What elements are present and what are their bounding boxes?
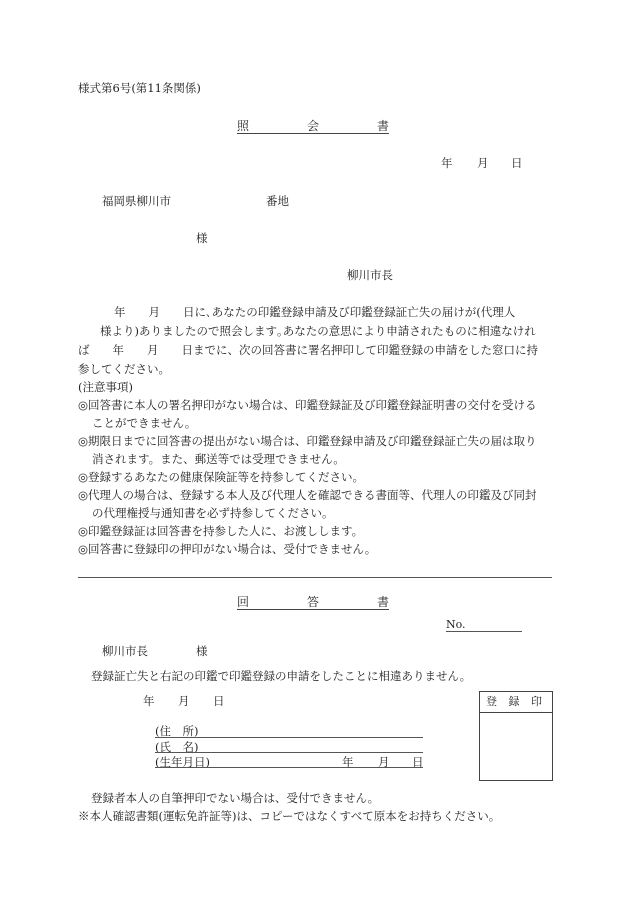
sender-mayor: 柳川市長 <box>347 267 393 283</box>
reply-title-char: 回 <box>237 595 249 609</box>
address-suffix: 番地 <box>266 193 289 209</box>
reply-title: 回 答 書 <box>237 593 389 610</box>
date-month-label: 月 <box>178 693 190 709</box>
body-line: 年 月 日に､あなたの印鑑登録申請及び印鑑登録証亡失の届けが(代理人 <box>78 303 553 322</box>
body-line: ば 年 月 日までに、次の回答書に署名押印して印鑑登録の申請をした窓口に持 <box>78 341 553 360</box>
reply-addressee-honorific: 様 <box>196 643 208 659</box>
date-day-label: 日 <box>511 155 523 171</box>
name-underline <box>155 752 423 753</box>
footer-asterisk-note: ※本人確認書類(運転免許証等)は、コピーではなくすべて原本をお持ちください。 <box>78 808 500 824</box>
reply-statement: 登録証亡失と右記の印鑑で印鑑登録の申請をしたことに相違ありません。 <box>91 668 471 684</box>
address-prefix: 福岡県柳川市 <box>102 193 171 209</box>
inquiry-body: 年 月 日に､あなたの印鑑登録申請及び印鑑登録証亡失の届けが(代理人 様より)あ… <box>78 303 553 379</box>
address-underline <box>155 737 423 738</box>
form-number: 様式第6号(第11条関係) <box>78 80 201 96</box>
date-day-label: 日 <box>213 693 225 709</box>
notes-heading: (注意事項) <box>78 378 558 396</box>
reply-number-field[interactable] <box>446 631 522 632</box>
notes-section: (注意事項) ◎回答書に本人の署名押印がない場合は、印鑑登録証及び印鑑登録証明書… <box>78 378 558 558</box>
addressee-honorific: 様 <box>196 230 208 246</box>
body-line: 様より)ありましたので照会します｡あなたの意思により申請されたものに相違なけれ <box>78 322 553 341</box>
date-month-label: 月 <box>477 155 489 171</box>
note-item: ◎回答書に本人の署名押印がない場合は、印鑑登録証及び印鑑登録証明書の交付を受ける… <box>78 396 558 432</box>
reply-title-char: 答 <box>307 595 319 609</box>
inquiry-title-char: 照 <box>237 119 249 133</box>
note-item: ◎印鑑登録証は回答書を持参した人に、お渡しします。 <box>78 522 558 540</box>
inquiry-title-char: 会 <box>307 119 319 133</box>
note-item: ◎登録するあなたの健康保険証等を持参してください。 <box>78 468 558 486</box>
reply-addressee: 柳川市長 <box>102 643 148 659</box>
seal-box-label: 登 録 印 <box>480 692 552 713</box>
date-year-label: 年 <box>143 693 155 709</box>
reply-number-label: No. <box>446 618 466 631</box>
reply-title-char: 書 <box>377 595 389 609</box>
body-line: 参してください。 <box>78 360 553 379</box>
note-item: ◎代理人の場合は、登録する本人及び代理人を確認できる書面等、代理人の印鑑及び同封… <box>78 486 558 522</box>
inquiry-title-char: 書 <box>377 119 389 133</box>
inquiry-title: 照 会 書 <box>237 117 389 134</box>
registered-seal-box[interactable]: 登 録 印 <box>479 691 553 781</box>
note-item: ◎期限日までに回答書の提出がない場合は、印鑑登録申請及び印鑑登録証亡失の届は取り… <box>78 432 558 468</box>
birthdate-underline <box>155 767 423 768</box>
note-item: ◎回答書に登録印の押印がない場合は、受付できません。 <box>78 540 558 558</box>
date-year-label: 年 <box>441 155 453 171</box>
footer-note: 登録者本人の自筆押印でない場合は、受付できません。 <box>91 790 379 806</box>
section-divider <box>78 577 552 578</box>
